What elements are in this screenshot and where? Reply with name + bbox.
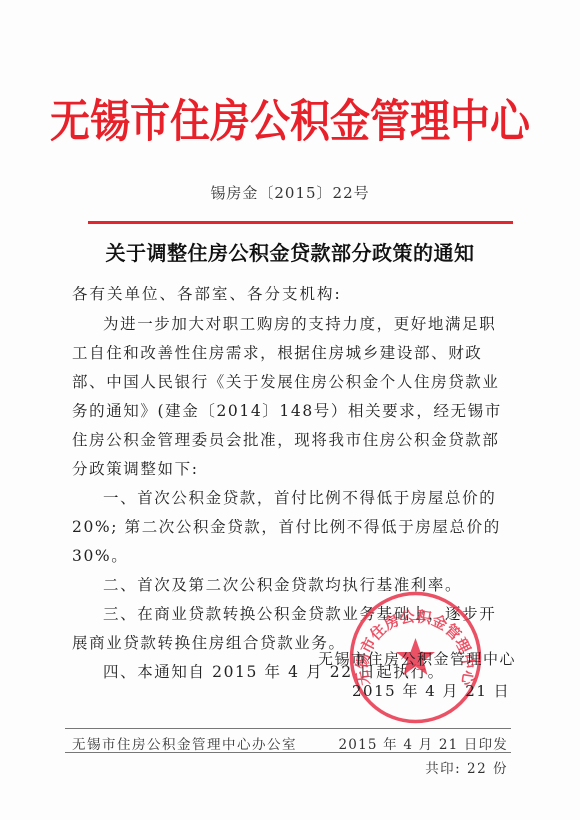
red-divider [88, 221, 513, 224]
signature-date: 2015 年 4 月 21 日 [352, 680, 510, 701]
copies-count: 共印: 22 份 [425, 757, 508, 777]
document-number: 锡房金〔2015〕22号 [0, 182, 580, 203]
footer-bottom-rule [65, 752, 511, 753]
salutation: 各有关单位、各部室、各分支机构: [72, 282, 342, 304]
footer-top-rule [65, 728, 511, 729]
organization-header: 无锡市住房公积金管理中心 [0, 95, 580, 149]
policy-item-1: 一、首次公积金贷款，首付比例不得低于房屋总价的 20%; 第二次公积金贷款，首付… [72, 484, 512, 571]
footer-issuer: 无锡市住房公积金管理中心办公室 [72, 733, 297, 753]
signature-organization: 无锡市住房公积金管理中心 [318, 648, 516, 669]
footer-issue-date: 2015 年 4 月 21 日印发 [339, 733, 508, 753]
notice-title: 关于调整住房公积金贷款部分政策的通知 [0, 237, 580, 266]
intro-paragraph: 为进一步加大对职工购房的支持力度，更好地满足职工自住和改善性住房需求，根据住房城… [72, 310, 512, 484]
